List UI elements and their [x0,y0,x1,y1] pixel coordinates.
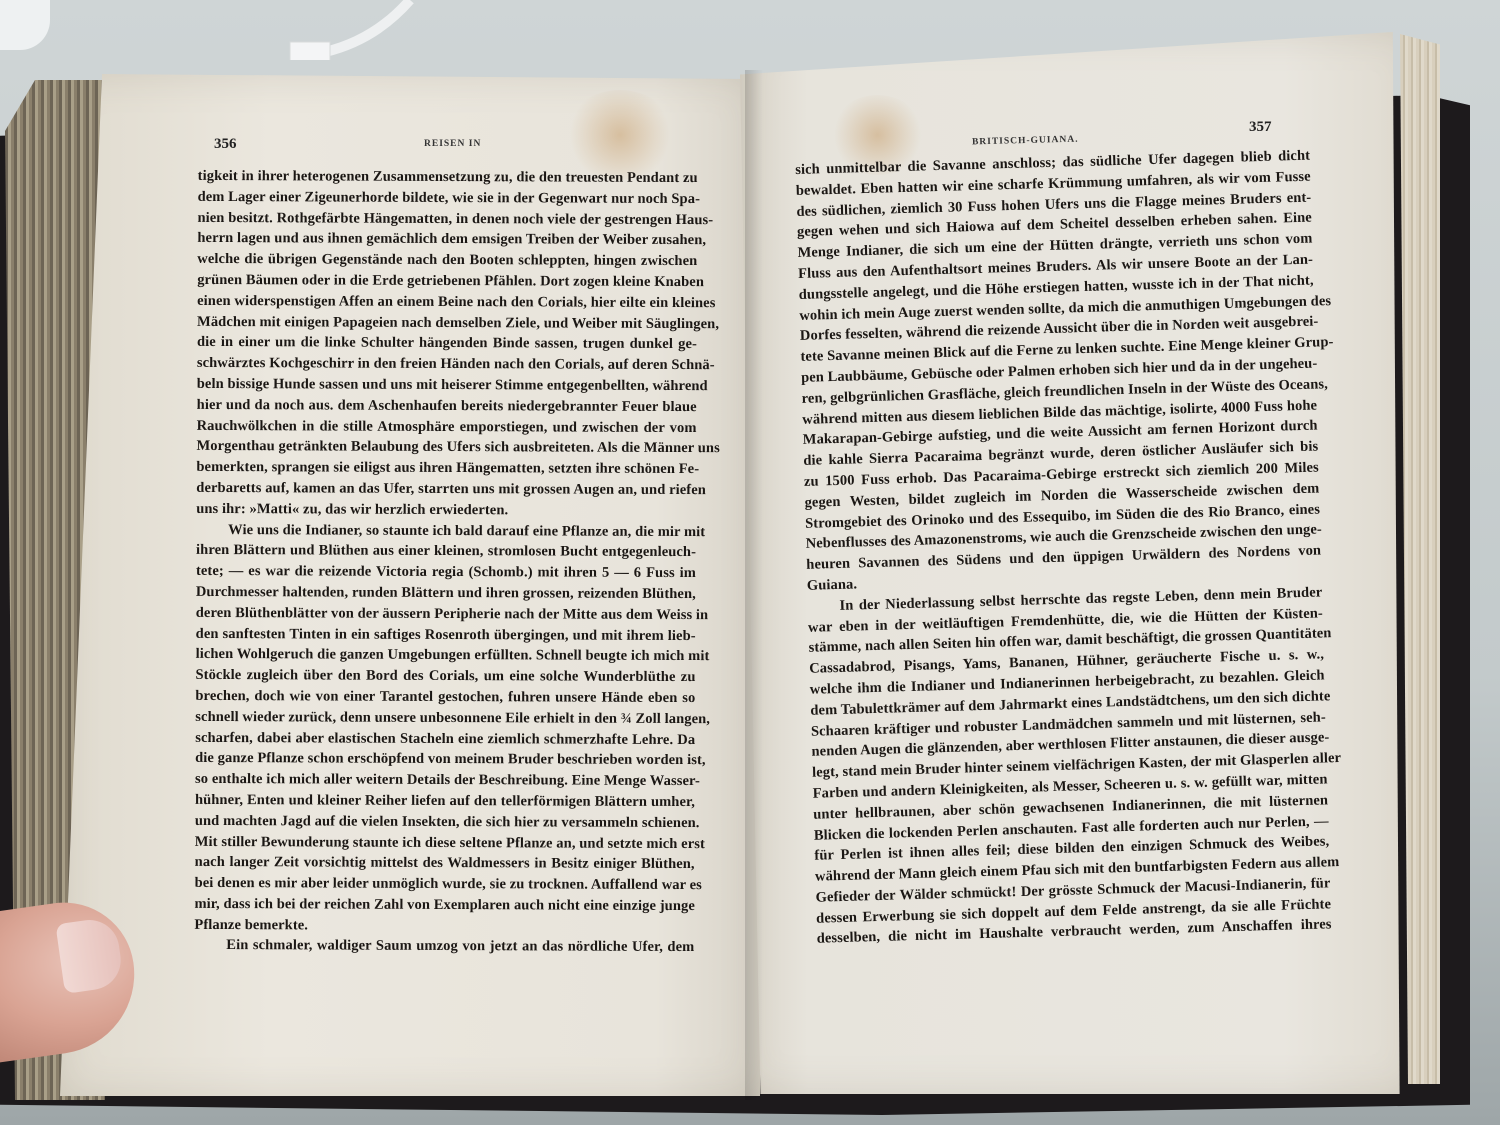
text-line: grünen Bäumen oder in die Erde getrieben… [197,270,697,293]
page-number-right: 357 [1249,119,1272,136]
text-line: welche die übrigen Gegenstände nach den … [197,249,697,272]
text-line: dem Lager einer Zigeunerhorde bildete, w… [198,187,698,210]
text-line: Mit stiller Bewunderung staunte ich dies… [195,831,695,854]
text-line: uns ihr: »Matti« zu, das wir herzlich er… [196,499,696,522]
text-line: scharfen, dabei aber elastischen Stachel… [195,727,695,750]
text-line: beln bissige Hunde sassen und uns mit he… [197,374,697,397]
text-line: schnell wieder zurück, denn unsere unbes… [195,707,695,730]
text-line: die in einer um die linke Schulter hänge… [197,332,697,355]
book-gutter [745,70,775,1100]
text-line: mir, dass ich bei der reichen Zahl von E… [194,894,694,917]
text-line: tigkeit in ihrer heterogenen Zusammenset… [198,166,698,189]
text-line: bemerkten, sprangen sie eiligst aus ihre… [196,457,696,480]
text-line: hier und da noch aus. dem Aschenhaufen b… [197,395,697,418]
text-line: den sanftesten Tinten in ein saftiges Ro… [196,623,696,646]
right-page-body: sich unmittelbar die Savanne anschloss; … [795,146,1332,950]
running-head-left: REISEN IN [424,139,481,149]
text-line: brechen, doch wie von einer Tarantel ges… [195,686,695,709]
text-line: herrn lagen und aus ihnen gemächlich dem… [197,228,697,251]
text-line: einen widerspenstigen Affen an einem Bei… [197,291,697,314]
usb-cable [285,0,425,60]
cable-plug [0,0,50,50]
text-line: so enthalte ich mich aller weitern Detai… [195,769,695,792]
text-line: Mädchen mit einigen Papageien nach demse… [197,311,697,334]
text-line: Morgenthau getränkten Belaubung des Ufer… [196,436,696,459]
text-line: nien besitzt. Rothgefärbte Hängematten, … [197,208,697,231]
text-line: und machten Jagd auf die vielen Insekten… [195,811,695,834]
left-page-body: tigkeit in ihrer heterogenen Zusammenset… [194,166,697,958]
text-line: Pflanze bemerkte. [194,915,694,938]
text-line: Wie uns die Indianer, so staunte ich bal… [196,519,696,542]
text-line: lichen Wohlgeruch die ganzen Umgebungen … [196,644,696,667]
text-line: bei denen es mir aber leider unmöglich w… [195,873,695,896]
text-line: Ein schmaler, waldiger Saum umzog von je… [194,935,694,958]
foxing-stain-left [565,90,675,180]
text-line: Durchmesser haltenden, runden Blättern u… [196,582,696,605]
text-line: hühner, Enten und kleiner Reiher liefen … [195,790,695,813]
text-line: nach langer Zeit vorsichtig mittelst des… [195,852,695,875]
text-line: Rauchwölkchen in die stille Atmosphäre e… [197,415,697,438]
text-line: schwärztes Kochgeschirr in den freien Hä… [197,353,697,376]
text-line: Stöckle zugleich über den Bord des Coria… [195,665,695,688]
text-line: ihren Blättern und Blüthen aus einer kle… [196,540,696,563]
page-number-left: 356 [214,136,237,153]
text-line: tete; — es war die reizende Victoria reg… [196,561,696,584]
text-line: deren Blüthenblätter von der äussern Per… [196,603,696,626]
text-line: derbaretts auf, kamen an das Ufer, starr… [196,478,696,501]
text-line: die ganze Pflanze schon erschöpfend von … [195,748,695,771]
